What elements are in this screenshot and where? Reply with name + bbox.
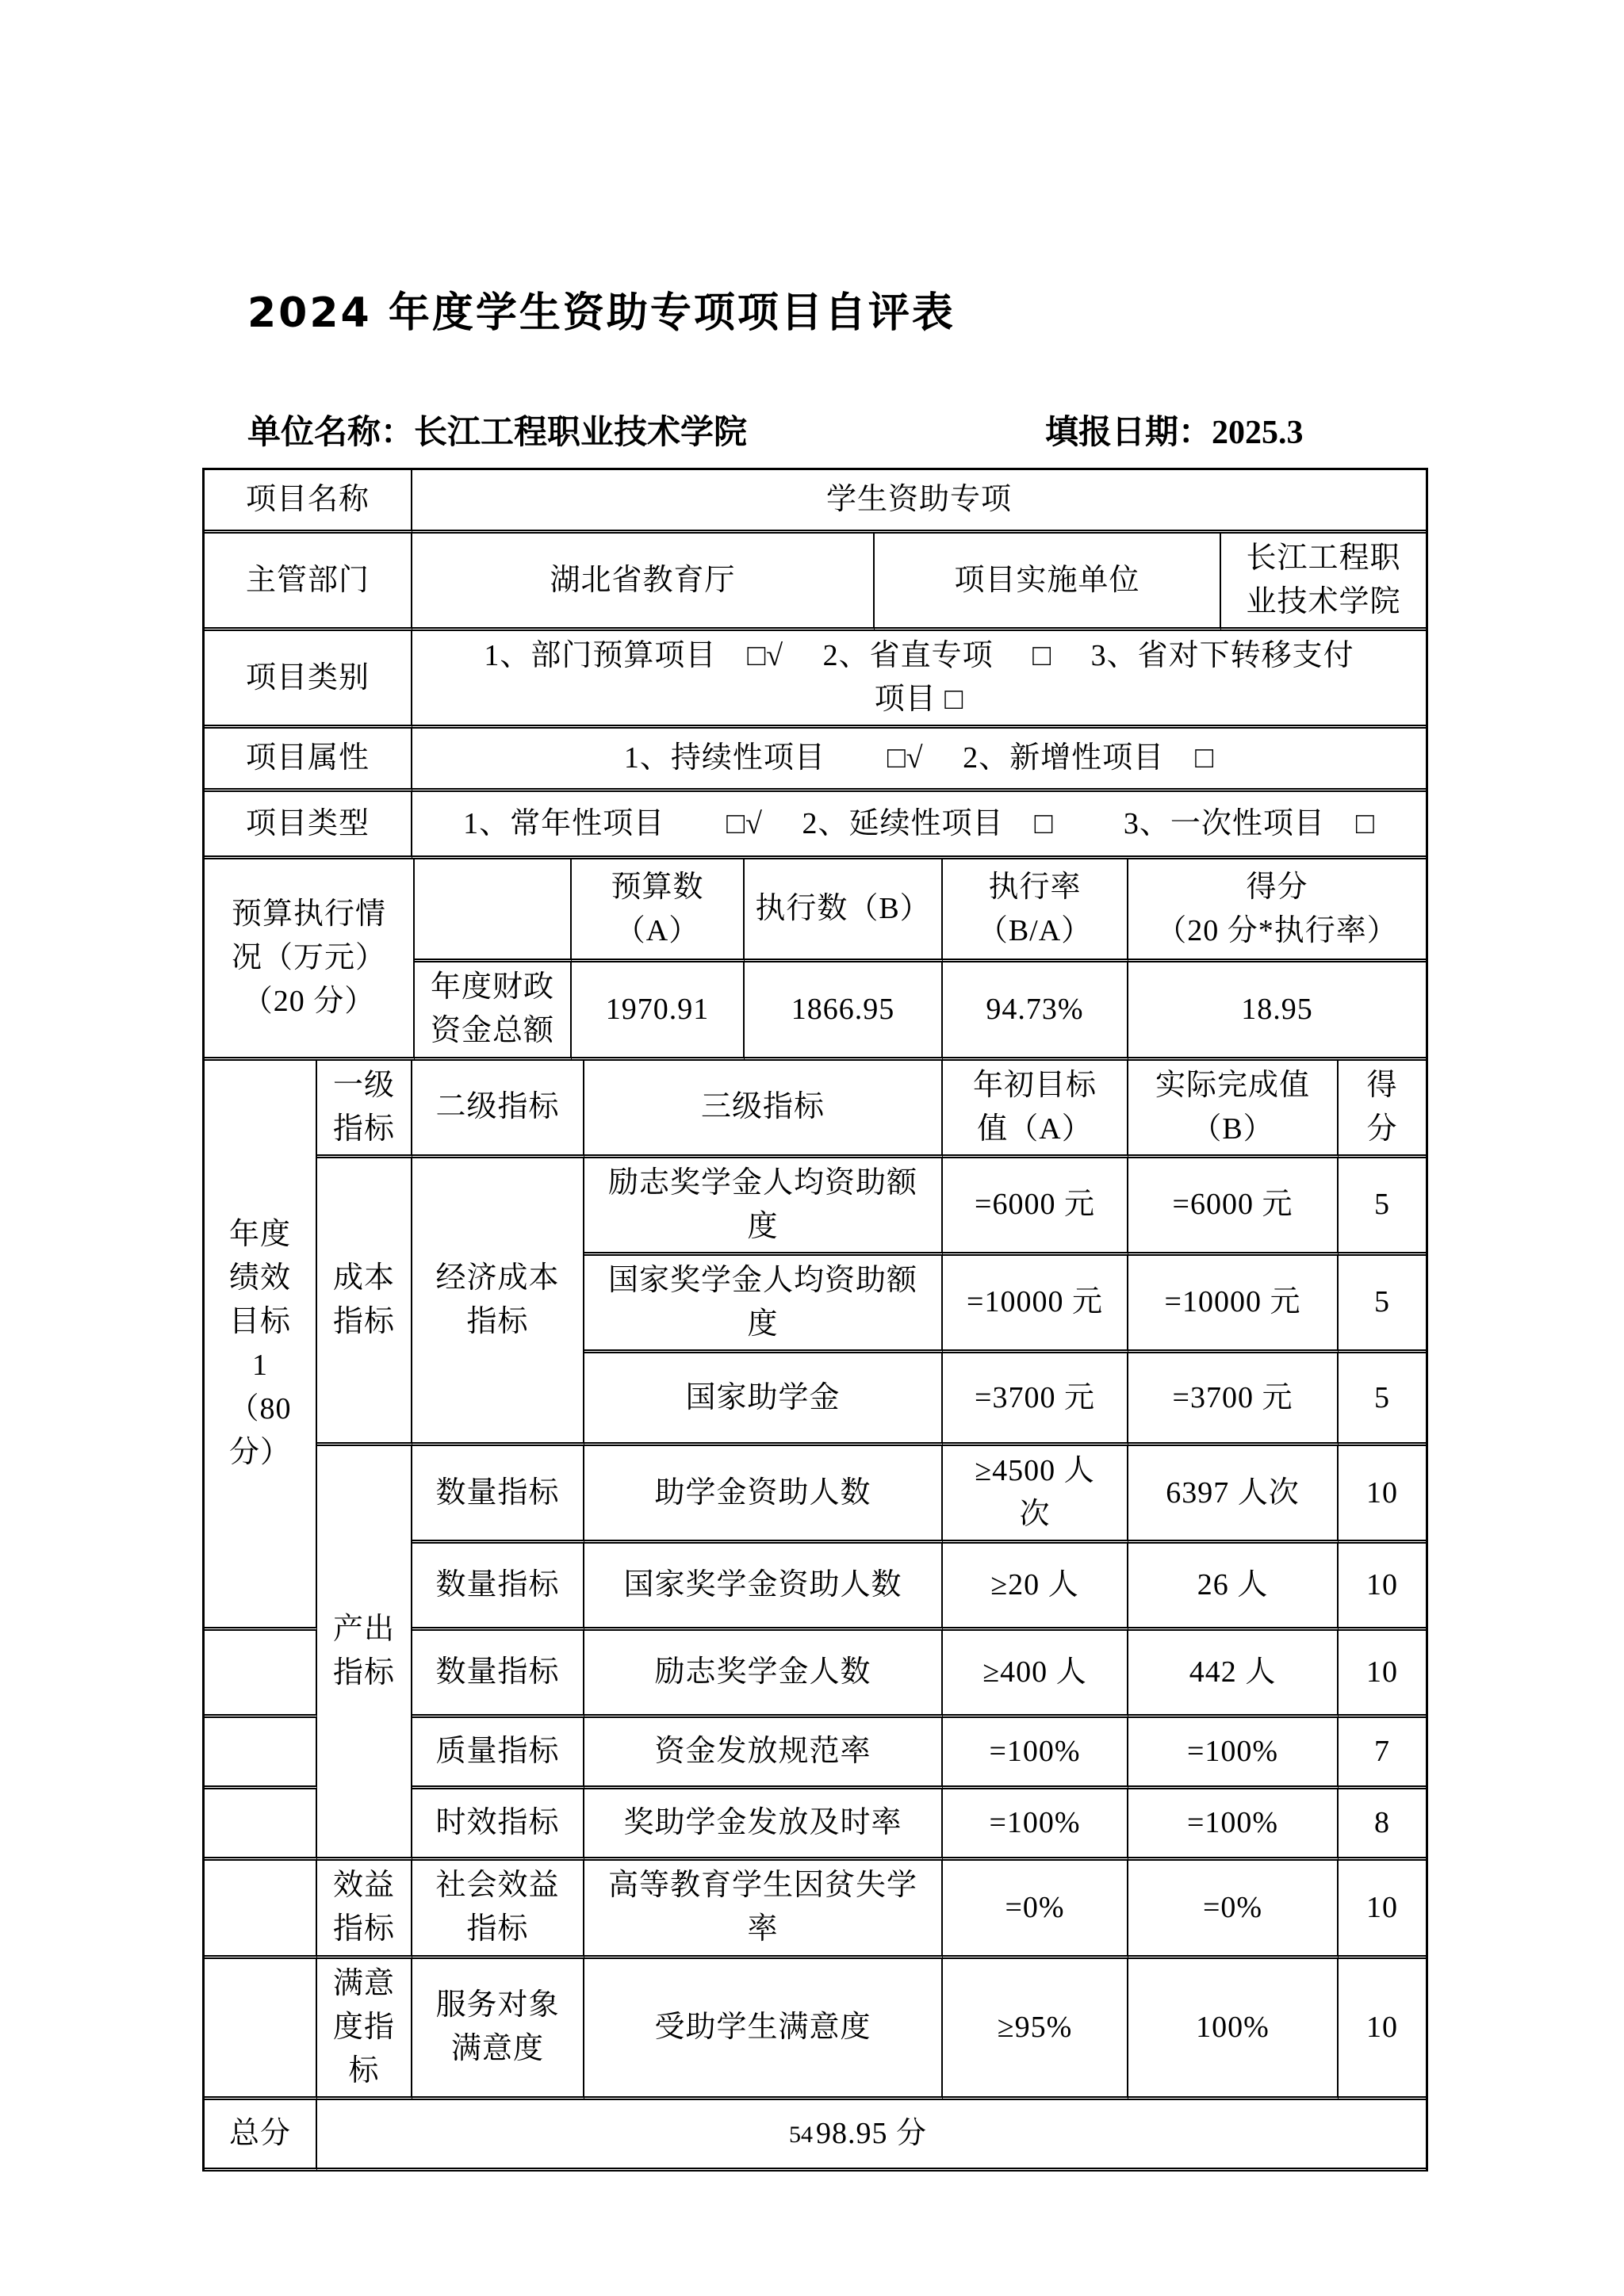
indicator-target-cell: =100% (943, 1789, 1128, 1861)
budget-execution-table: 预算执行情 况（万元） （20 分） 预算数 （A） 执行数（B） 执行率 （B… (205, 859, 1426, 1060)
budget-rate-value-cell: 94.73% (943, 962, 1128, 1060)
side-empty-cell (205, 1631, 317, 1718)
project-category-label-cell: 项目类别 (205, 631, 412, 729)
indicator-actual-cell: 442 人 (1128, 1631, 1339, 1718)
service-target-satisfaction-cell: 服务对象 满意度 (412, 1959, 584, 2100)
report-date: 填报日期：2025.3 (1045, 406, 1304, 453)
project-type-label-cell: 项目类型 (205, 792, 412, 859)
unit-name: 单位名称：长江工程职业技术学院 (247, 406, 747, 453)
indicator-actual-cell: =3700 元 (1128, 1353, 1339, 1446)
project-category-options-cell: 1、部门预算项目 □√ 2、省直专项 □ 3、省对下转移支付 项目 □ (412, 631, 1426, 729)
target-value-header-cell: 年初目标 值（A） (943, 1061, 1128, 1158)
social-benefit-indicator-cell: 社会效益 指标 (412, 1861, 584, 1958)
economic-cost-indicator-cell: 经济成本 指标 (412, 1158, 584, 1446)
project-type-options-cell: 1、常年性项目 □√ 2、延续性项目 □ 3、一次性项目 □ (412, 792, 1426, 859)
side-empty-cell (205, 1789, 317, 1861)
budget-header-score-cell: 得分 （20 分*执行率） (1128, 859, 1426, 962)
indicator-actual-cell: =100% (1128, 1789, 1339, 1861)
indicator-name-cell: 国家助学金 (584, 1353, 943, 1446)
actual-value-header-cell: 实际完成值 （B） (1128, 1061, 1339, 1158)
indicator-score-cell: 7 (1339, 1718, 1426, 1789)
unit-name-label: 单位名称： (247, 415, 414, 451)
indicator-name-cell: 励志奖学金人数 (584, 1631, 943, 1718)
indicator-row: 成本 指标 经济成本 指标 励志奖学金人均资助额 度 =6000 元 =6000… (205, 1158, 1426, 1256)
indicator-name-cell: 高等教育学生因贫失学 率 (584, 1861, 943, 1958)
quality-indicator-cell: 质量指标 (412, 1718, 584, 1789)
indicator-target-cell: ≥400 人 (943, 1631, 1128, 1718)
indicator-score-cell: 5 (1339, 1256, 1426, 1353)
page-title: 2024 年度学生资助专项项目自评表 (247, 279, 956, 339)
indicator-name-cell: 国家奖学金资助人数 (584, 1544, 943, 1631)
indicator-score-cell: 8 (1339, 1789, 1426, 1861)
indicator-target-cell: =100% (943, 1718, 1128, 1789)
table-row: 项目名称 学生资助专项 (205, 470, 1426, 534)
indicator-actual-cell: =100% (1128, 1718, 1339, 1789)
indicator-score-cell: 10 (1339, 1631, 1426, 1718)
indicator-name-cell: 受助学生满意度 (584, 1959, 943, 2100)
indicator-score-cell: 10 (1339, 1959, 1426, 2100)
table-row: 项目类型 1、常年性项目 □√ 2、延续性项目 □ 3、一次性项目 □ (205, 792, 1426, 859)
report-date-label: 填报日期： (1045, 415, 1212, 451)
quantity-indicator-cell: 数量指标 (412, 1446, 584, 1544)
meta-line: 单位名称：长江工程职业技术学院 填报日期：2025.3 (0, 406, 1624, 453)
indicator-row: 产出 指标 数量指标 助学金资助人数 ≥4500 人 次 6397 人次 10 (205, 1446, 1426, 1544)
indicator-target-cell: =0% (943, 1861, 1128, 1958)
budget-header-executed-cell: 执行数（B） (745, 859, 943, 962)
budget-row-title-cell: 年度财政 资金总额 (415, 962, 572, 1060)
indicator-actual-cell: =0% (1128, 1861, 1339, 1958)
table-row: 项目类别 1、部门预算项目 □√ 2、省直专项 □ 3、省对下转移支付 项目 □ (205, 631, 1426, 729)
indicator-actual-cell: =10000 元 (1128, 1256, 1339, 1353)
indicator-actual-cell: 100% (1128, 1959, 1339, 2100)
implementing-unit-value-cell: 长江工程职 业技术学院 (1221, 534, 1426, 631)
indicator-target-cell: =3700 元 (943, 1353, 1128, 1446)
indicator-actual-cell: 6397 人次 (1128, 1446, 1339, 1544)
document-page: 2024 年度学生资助专项项目自评表 单位名称：长江工程职业技术学院 填报日期：… (0, 0, 1624, 2296)
indicator-target-cell: ≥95% (943, 1959, 1128, 2100)
unit-name-value: 长江工程职业技术学院 (414, 415, 747, 451)
project-name-label-cell: 项目名称 (205, 470, 412, 534)
table-row: 项目属性 1、持续性项目 □√ 2、新增性项目 □ (205, 729, 1426, 792)
cost-indicator-cell: 成本 指标 (317, 1158, 412, 1446)
budget-header-rate-cell: 执行率 （B/A） (943, 859, 1128, 962)
budget-header-planned-cell: 预算数 （A） (572, 859, 745, 962)
indicator-row: 满意 度指 标 服务对象 满意度 受助学生满意度 ≥95% 100% 10 (205, 1959, 1426, 2100)
satisfaction-indicator-cell: 满意 度指 标 (317, 1959, 412, 2100)
implementing-unit-label-cell: 项目实施单位 (875, 534, 1221, 631)
page-number: 54 (0, 2122, 1602, 2149)
indicator-target-cell: ≥4500 人 次 (943, 1446, 1128, 1544)
indicator-actual-cell: =6000 元 (1128, 1158, 1339, 1256)
indicator-score-cell: 10 (1339, 1544, 1426, 1631)
level2-indicator-header-cell: 二级指标 (412, 1061, 584, 1158)
side-empty-cell (205, 1718, 317, 1789)
side-empty-cell (205, 1861, 317, 1958)
timeliness-indicator-cell: 时效指标 (412, 1789, 584, 1861)
table-row: 主管部门 湖北省教育厅 项目实施单位 长江工程职 业技术学院 (205, 534, 1426, 631)
level3-indicator-header-cell: 三级指标 (584, 1061, 943, 1158)
indicator-score-cell: 10 (1339, 1861, 1426, 1958)
project-name-value-cell: 学生资助专项 (412, 470, 1426, 534)
budget-score-value-cell: 18.95 (1128, 962, 1426, 1060)
supervisor-dept-value-cell: 湖北省教育厅 (412, 534, 875, 631)
annual-goal-side-label-cell: 年度 绩效 目标 1 （80 分） (205, 1061, 317, 1632)
indicator-score-cell: 5 (1339, 1158, 1426, 1256)
level1-indicator-header-cell: 一级 指标 (317, 1061, 412, 1158)
performance-indicators-table: 年度 绩效 目标 1 （80 分） 一级 指标 二级指标 三级指标 年初目标 值… (205, 1061, 1426, 2100)
indicator-name-cell: 助学金资助人数 (584, 1446, 943, 1544)
side-empty-cell (205, 1959, 317, 2100)
report-date-value: 2025.3 (1212, 415, 1304, 451)
quantity-indicator-cell: 数量指标 (412, 1544, 584, 1631)
score-header-cell: 得 分 (1339, 1061, 1426, 1158)
indicator-target-cell: =10000 元 (943, 1256, 1128, 1353)
indicator-name-cell: 励志奖学金人均资助额 度 (584, 1158, 943, 1256)
benefit-indicator-cell: 效益 指标 (317, 1861, 412, 1958)
project-attribute-options-cell: 1、持续性项目 □√ 2、新增性项目 □ (412, 729, 1426, 792)
project-attribute-label-cell: 项目属性 (205, 729, 412, 792)
indicator-target-cell: ≥20 人 (943, 1544, 1128, 1631)
project-info-table: 项目名称 学生资助专项 主管部门 湖北省教育厅 项目实施单位 长江工程职 业技术… (205, 470, 1426, 859)
budget-corner-cell (415, 859, 572, 962)
output-indicator-cell: 产出 指标 (317, 1446, 412, 1861)
indicator-target-cell: =6000 元 (943, 1158, 1128, 1256)
indicator-score-cell: 10 (1339, 1446, 1426, 1544)
budget-executed-value-cell: 1866.95 (745, 962, 943, 1060)
indicator-actual-cell: 26 人 (1128, 1544, 1339, 1631)
budget-section-label-cell: 预算执行情 况（万元） （20 分） (205, 859, 415, 1060)
budget-planned-value-cell: 1970.91 (572, 962, 745, 1060)
supervisor-dept-label-cell: 主管部门 (205, 534, 412, 631)
indicator-header-row: 年度 绩效 目标 1 （80 分） 一级 指标 二级指标 三级指标 年初目标 值… (205, 1061, 1426, 1158)
quantity-indicator-cell: 数量指标 (412, 1631, 584, 1718)
indicator-name-cell: 奖助学金发放及时率 (584, 1789, 943, 1861)
indicator-score-cell: 5 (1339, 1353, 1426, 1446)
indicator-row: 效益 指标 社会效益 指标 高等教育学生因贫失学 率 =0% =0% 10 (205, 1861, 1426, 1958)
self-evaluation-table: 项目名称 学生资助专项 主管部门 湖北省教育厅 项目实施单位 长江工程职 业技术… (202, 468, 1428, 2172)
indicator-name-cell: 资金发放规范率 (584, 1718, 943, 1789)
indicator-name-cell: 国家奖学金人均资助额 度 (584, 1256, 943, 1353)
table-row: 预算执行情 况（万元） （20 分） 预算数 （A） 执行数（B） 执行率 （B… (205, 859, 1426, 962)
